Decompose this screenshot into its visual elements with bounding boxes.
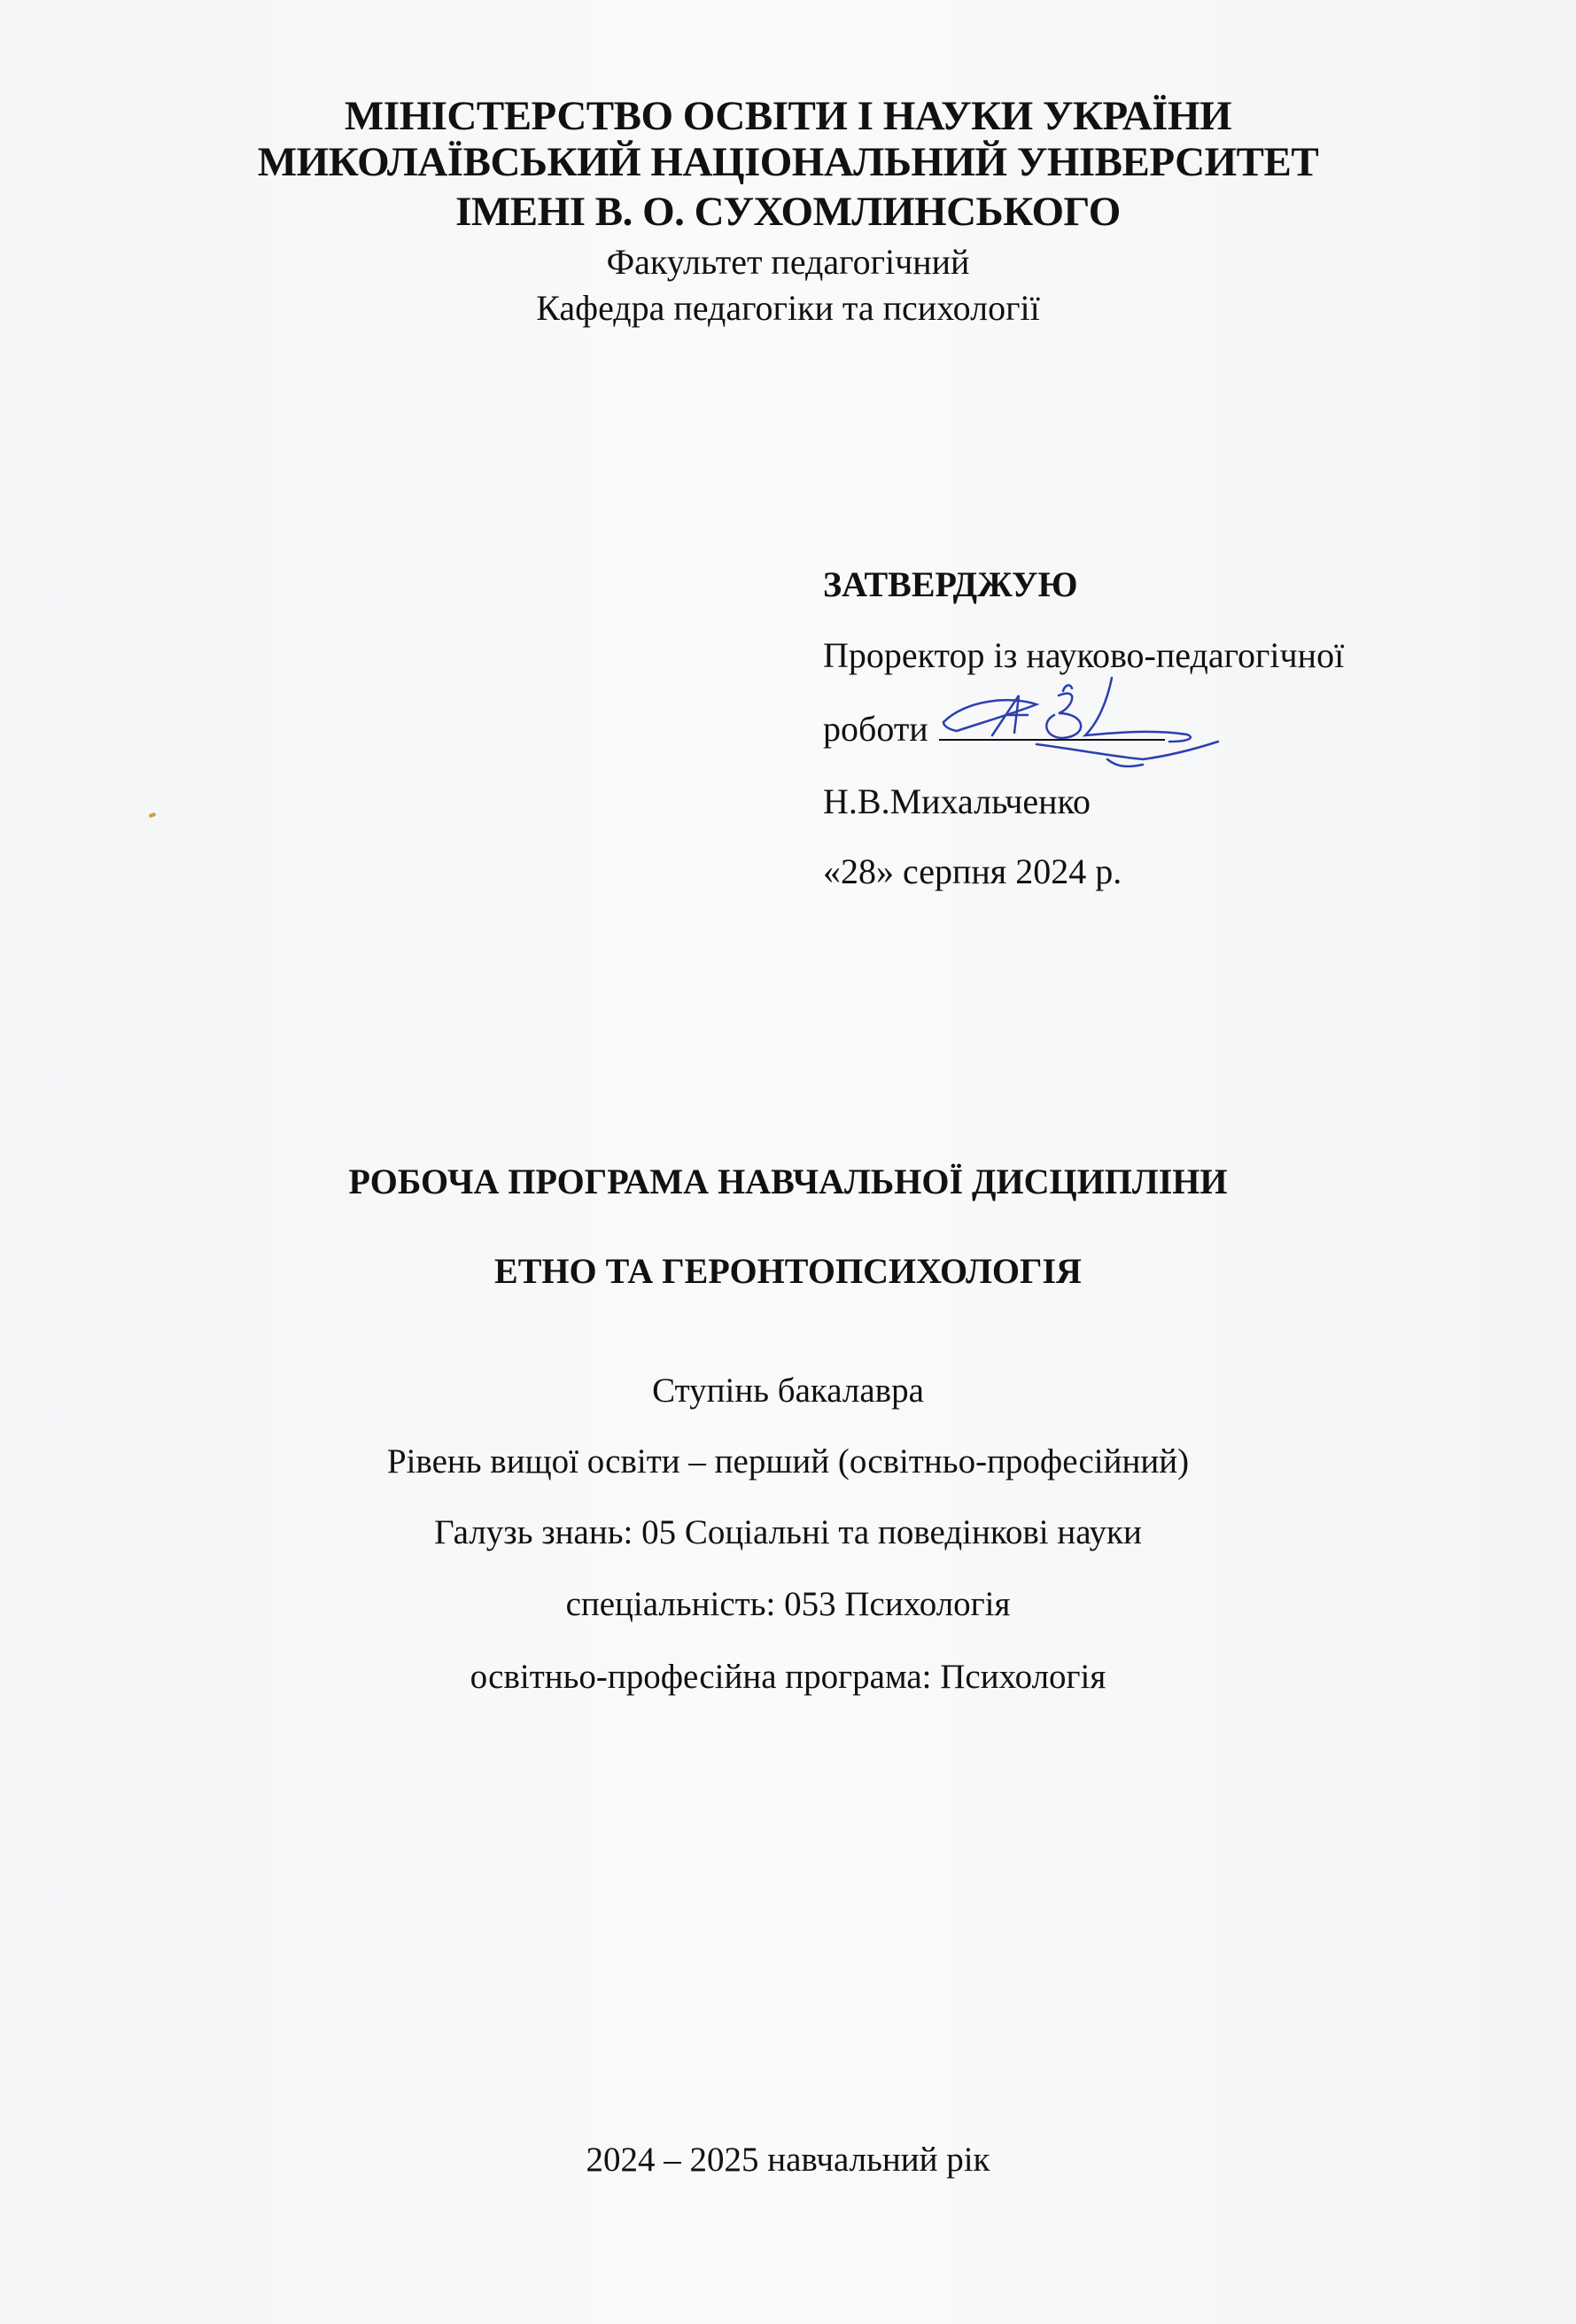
faculty-label: Факультет педагогічний: [0, 245, 1576, 280]
document-page: МІНІСТЕРСТВО ОСВІТИ І НАУКИ УКРАЇНИ МИКО…: [0, 0, 1576, 2324]
field-of-knowledge-label: Галузь знань: 05 Соціальні та поведінков…: [0, 1515, 1576, 1550]
degree-label: Ступінь бакалавра: [0, 1373, 1576, 1408]
educational-program-label: освітньо-професійна програма: Психологія: [0, 1659, 1576, 1694]
signature-icon: [930, 660, 1231, 775]
education-level-label: Рівень вищої освіти – перший (освітньо-п…: [0, 1444, 1576, 1479]
academic-year-label: 2024 – 2025 навчальний рік: [0, 2142, 1576, 2177]
department-label: Кафедра педагогіки та психології: [0, 291, 1576, 326]
approval-position-line2-text: роботи: [823, 709, 928, 749]
approval-heading: ЗАТВЕРДЖУЮ: [823, 567, 1078, 602]
university-heading: МИКОЛАЇВСЬКИЙ НАЦІОНАЛЬНИЙ УНІВЕРСИТЕТ: [0, 142, 1576, 183]
document-title: РОБОЧА ПРОГРАМА НАВЧАЛЬНОЇ ДИСЦИПЛІНИ: [0, 1164, 1576, 1200]
ministry-heading: МІНІСТЕРСТВО ОСВІТИ І НАУКИ УКРАЇНИ: [0, 96, 1576, 137]
approval-date: «28» серпня 2024 р.: [823, 854, 1122, 890]
scan-speck: [149, 812, 157, 818]
specialty-label: спеціальність: 053 Психологія: [0, 1587, 1576, 1621]
approver-name: Н.В.Михальченко: [823, 784, 1091, 820]
university-name-heading: ІМЕНІ В. О. СУХОМЛИНСЬКОГО: [0, 191, 1576, 233]
discipline-title: ЕТНО ТА ГЕРОНТОПСИХОЛОГІЯ: [0, 1254, 1576, 1289]
